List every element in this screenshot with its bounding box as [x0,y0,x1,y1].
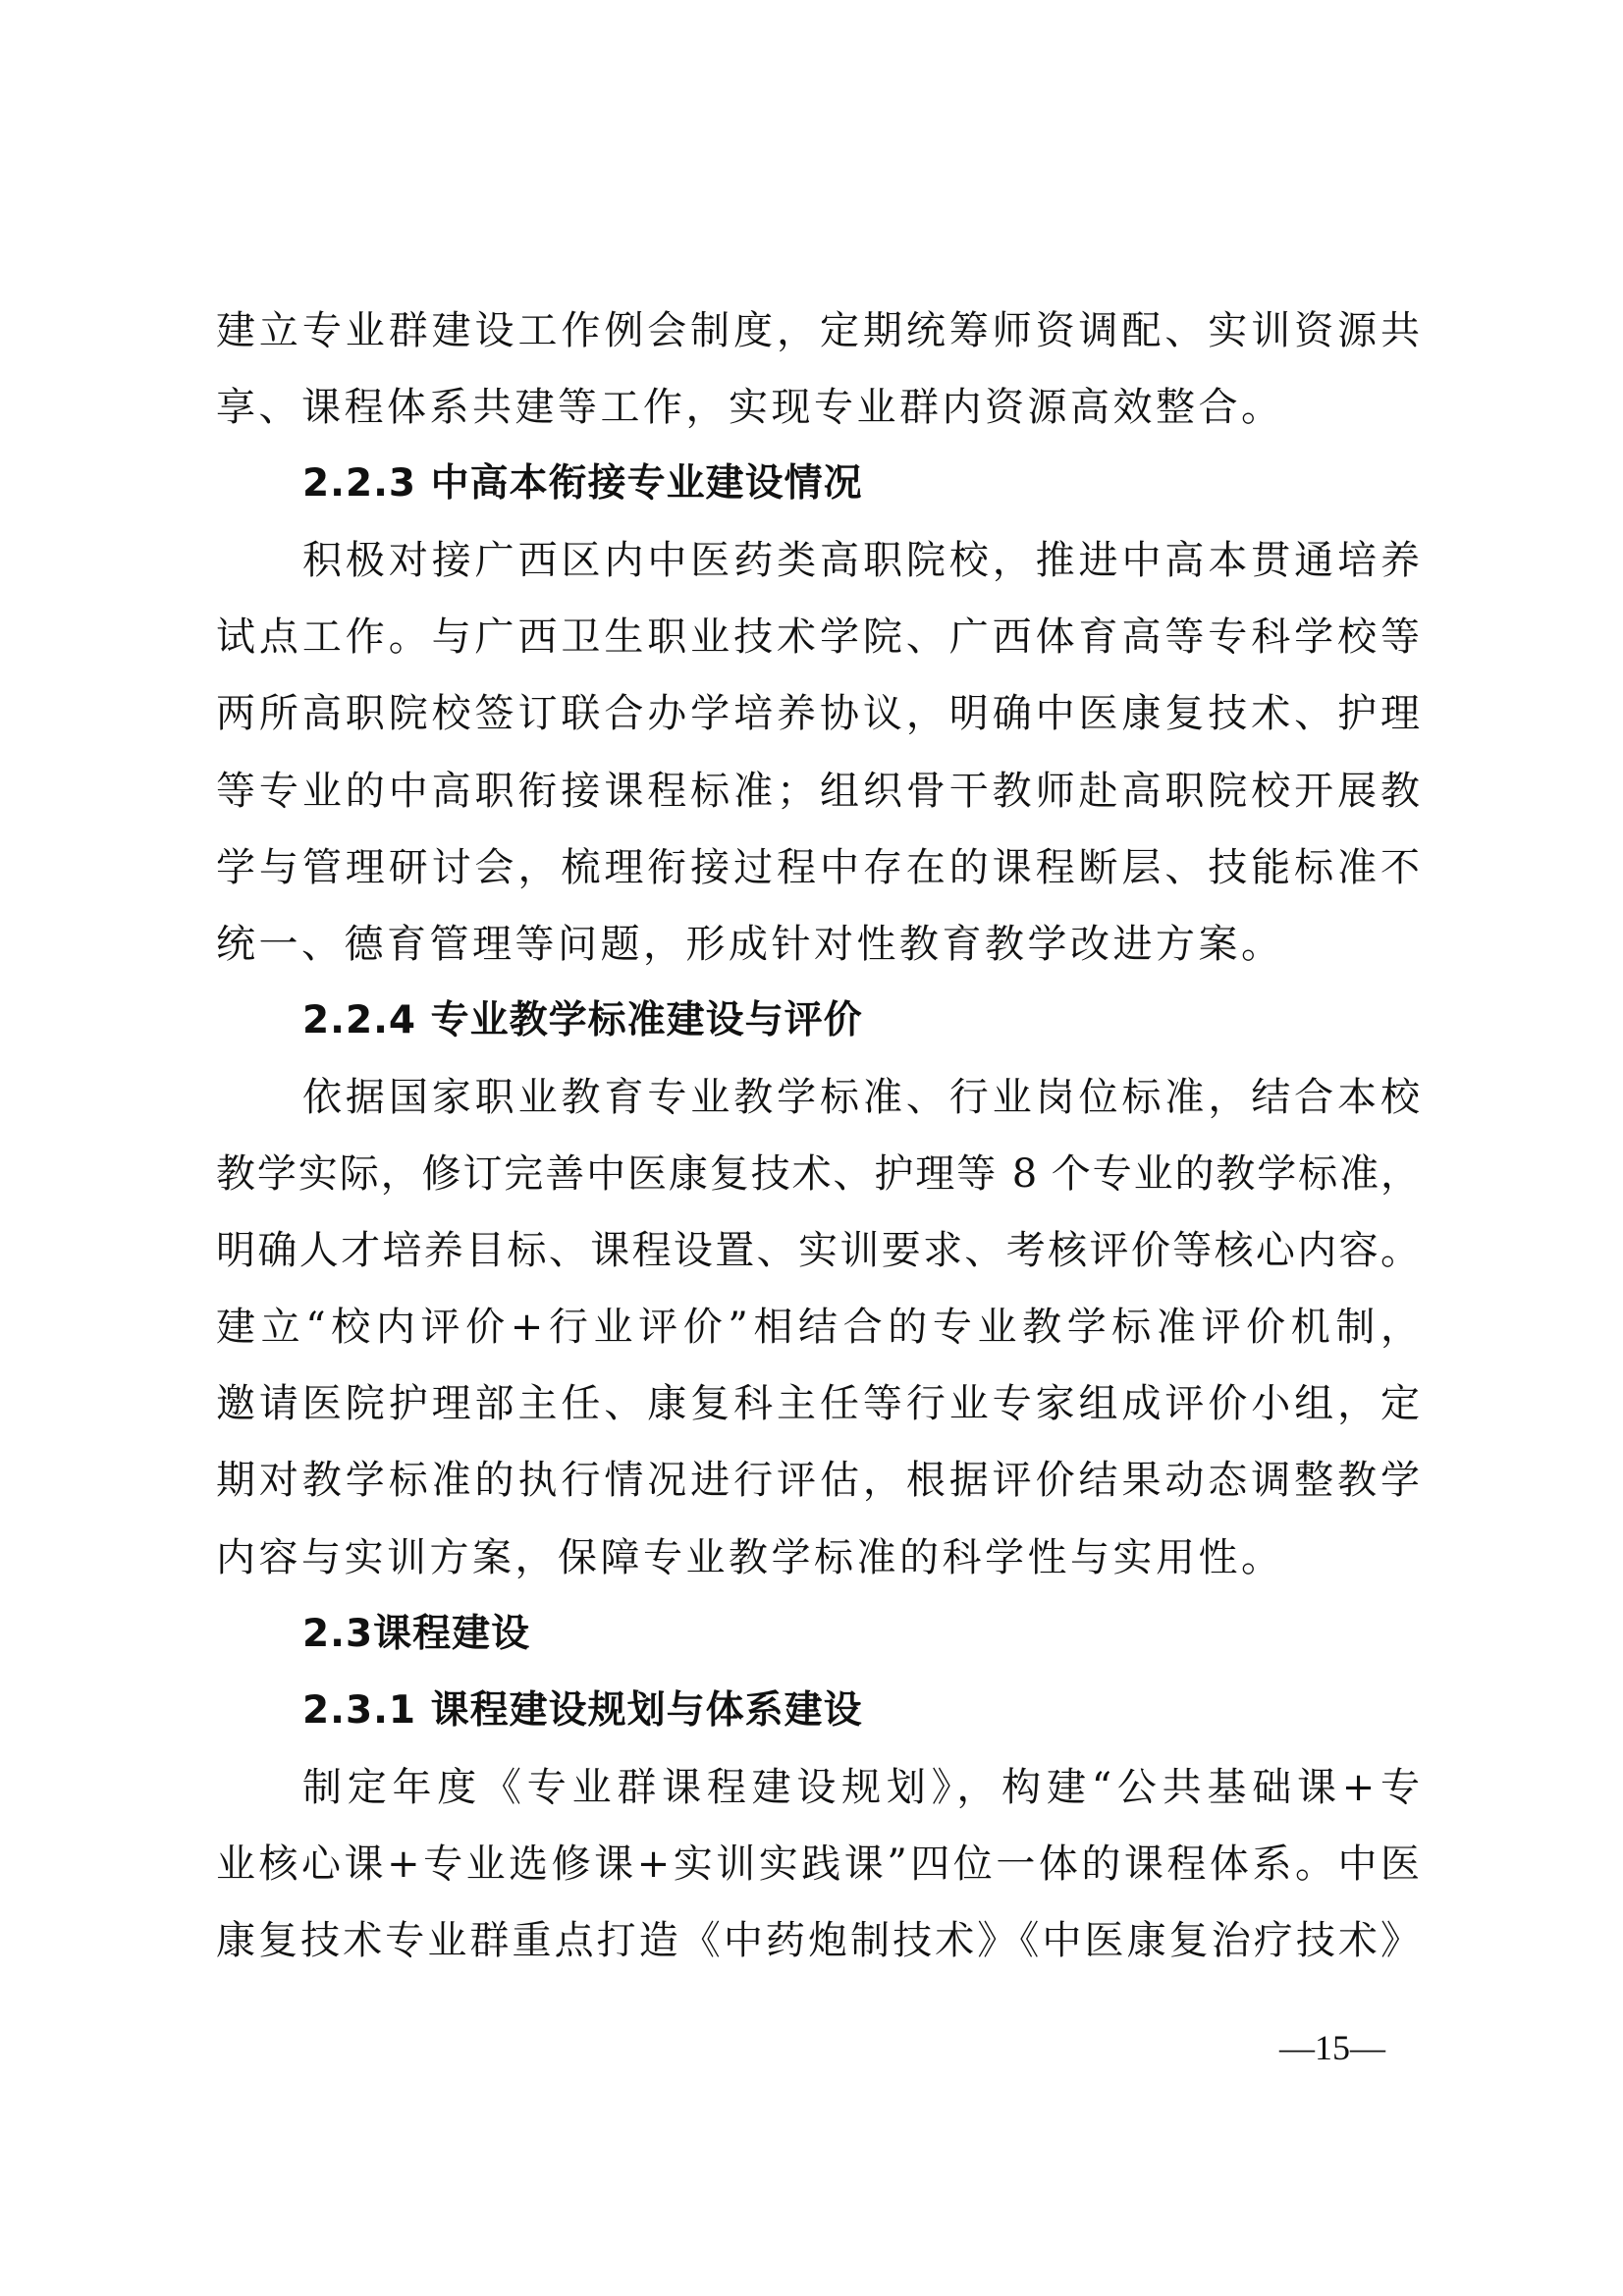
section-heading-2-2-4: 2.2.4 专业教学标准建设与评价 [216,983,1420,1059]
paragraph-line: 康复技术专业群重点打造《中药炮制技术》《中医康复治疗技术》 [216,1902,1420,1979]
section-heading-2-3-1: 2.3.1 课程建设规划与体系建设 [216,1673,1420,1749]
paragraph-line: 积极对接广西区内中医药类高职院校，推进中高本贯通培养 [216,522,1420,599]
paragraph-line: 建立专业群建设工作例会制度，定期统筹师资调配、实训资源共 [216,293,1420,369]
paragraph-line: 明确人才培养目标、课程设置、实训要求、考核评价等核心内容。 [216,1212,1420,1289]
paragraph-line: 享、课程体系共建等工作，实现专业群内资源高效整合。 [216,369,1420,446]
paragraph-line: 业核心课+专业选修课+实训实践课”四位一体的课程体系。中医 [216,1826,1420,1902]
section-heading-2-3: 2.3课程建设 [216,1596,1420,1673]
paragraph-line: 等专业的中高职衔接课程标准；组织骨干教师赴高职院校开展教 [216,753,1420,829]
paragraph-line: 两所高职院校签订联合办学培养协议，明确中医康复技术、护理 [216,675,1420,752]
section-heading-2-2-3: 2.2.3 中高本衔接专业建设情况 [216,446,1420,522]
paragraph-line: 邀请医院护理部主任、康复科主任等行业专家组成评价小组，定 [216,1365,1420,1442]
paragraph-line: 教学实际，修订完善中医康复技术、护理等 8 个专业的教学标准， [216,1136,1420,1212]
paragraph-line: 试点工作。与广西卫生职业技术学院、广西体育高等专科学校等 [216,599,1420,675]
document-body: 建立专业群建设工作例会制度，定期统筹师资调配、实训资源共 享、课程体系共建等工作… [216,293,1420,1979]
paragraph-line: 学与管理研讨会，梳理衔接过程中存在的课程断层、技能标准不 [216,829,1420,906]
document-page: 建立专业群建设工作例会制度，定期统筹师资调配、实训资源共 享、课程体系共建等工作… [0,0,1623,2296]
paragraph-line: 制定年度《专业群课程建设规划》，构建“公共基础课+专 [216,1749,1420,1826]
paragraph-line: 建立“校内评价+行业评价”相结合的专业教学标准评价机制， [216,1289,1420,1365]
paragraph-line: 内容与实训方案，保障专业教学标准的科学性与实用性。 [216,1520,1420,1596]
paragraph-line: 统一、德育管理等问题，形成针对性教育教学改进方案。 [216,906,1420,983]
paragraph-line: 依据国家职业教育专业教学标准、行业岗位标准，结合本校 [216,1059,1420,1136]
page-number: —15— [1279,2028,1385,2067]
paragraph-line: 期对教学标准的执行情况进行评估，根据评价结果动态调整教学 [216,1442,1420,1519]
